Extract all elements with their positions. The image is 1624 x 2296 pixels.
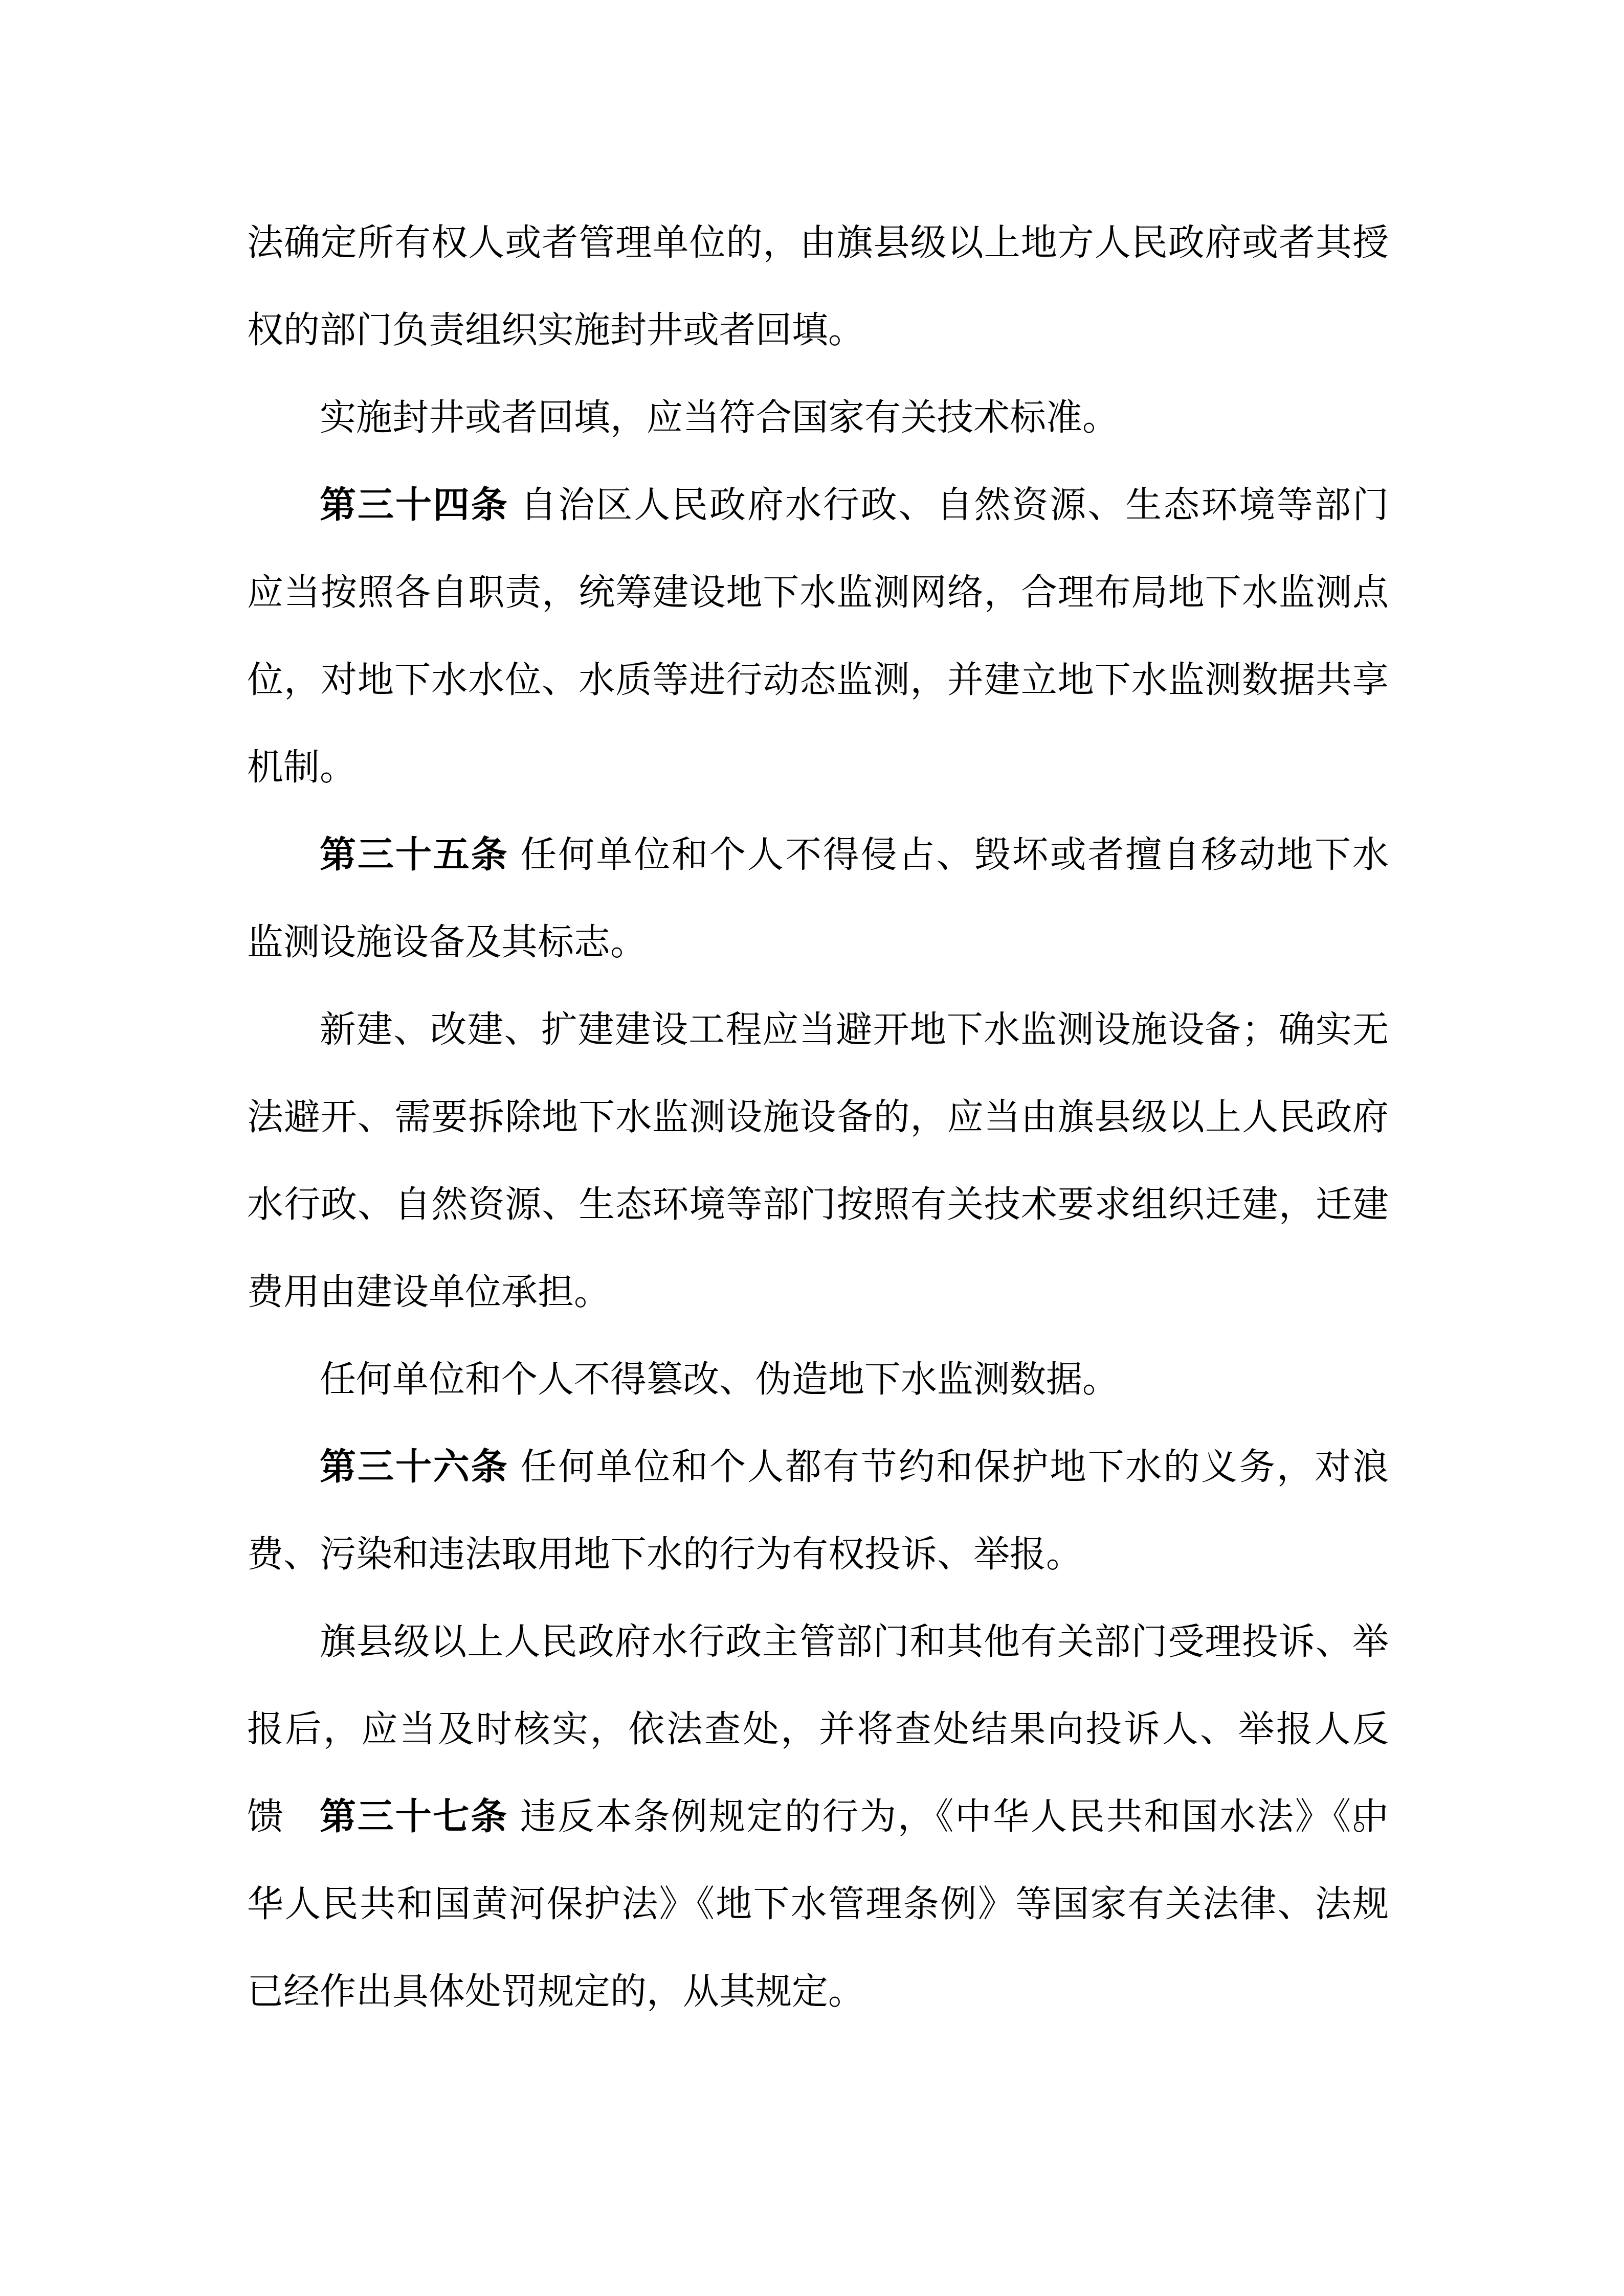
text-line: 监测设施设备及其标志。	[247, 898, 1389, 986]
line-text: 法避开、需要拆除地下水监测设施设备的，应当由旗县级以上人民政府	[247, 1097, 1389, 1137]
article-number: 第三十四条	[320, 485, 509, 525]
line-text: 费用由建设单位承担。	[247, 1272, 610, 1312]
text-line-article-34: 第三十四条 自治区人民政府水行政、自然资源、生态环境等部门	[247, 461, 1389, 549]
text-line: 实施封井或者回填，应当符合国家有关技术标准。	[247, 374, 1389, 461]
text-line-article-37: 第三十七条 违反本条例规定的行为，《中华人民共和国水法》《中	[247, 1773, 1389, 1860]
article-number: 第三十五条	[320, 835, 509, 875]
document-page: 法确定所有权人或者管理单位的，由旗县级以上地方人民政府或者其授 权的部门负责组织…	[0, 0, 1624, 2296]
line-text: 已经作出具体处罚规定的，从其规定。	[247, 1971, 864, 2012]
line-text: 新建、改建、扩建建设工程应当避开地下水监测设施设备；确实无	[320, 1009, 1389, 1050]
line-text: 费、污染和违法取用地下水的行为有权投诉、举报。	[247, 1534, 1082, 1574]
article-number: 第三十六条	[320, 1447, 509, 1487]
text-line: 权的部门负责组织实施封井或者回填。	[247, 286, 1389, 374]
text-line: 旗县级以上人民政府水行政主管部门和其他有关部门受理投诉、举	[247, 1598, 1389, 1685]
text-line: 水行政、自然资源、生态环境等部门按照有关技术要求组织迁建，迁建	[247, 1161, 1389, 1248]
article-number: 第三十七条	[320, 1796, 508, 1837]
line-text: 华人民共和国黄河保护法》《地下水管理条例》等国家有关法律、法规	[247, 1884, 1389, 1924]
line-text: 位，对地下水水位、水质等进行动态监测，并建立地下水监测数据共享	[247, 660, 1389, 700]
line-text: 实施封井或者回填，应当符合国家有关技术标准。	[320, 397, 1119, 438]
text-line: 机制。	[247, 724, 1389, 811]
text-line: 法确定所有权人或者管理单位的，由旗县级以上地方人民政府或者其授	[247, 199, 1389, 286]
line-text: 自治区人民政府水行政、自然资源、生态环境等部门	[509, 485, 1389, 525]
text-line: 华人民共和国黄河保护法》《地下水管理条例》等国家有关法律、法规	[247, 1860, 1389, 1948]
text-line-article-35: 第三十五条 任何单位和个人不得侵占、毁坏或者擅自移动地下水	[247, 811, 1389, 898]
line-text: 任何单位和个人都有节约和保护地下水的义务，对浪	[509, 1447, 1389, 1487]
text-line: 应当按照各自职责，统筹建设地下水监测网络，合理布局地下水监测点	[247, 549, 1389, 636]
line-text: 监测设施设备及其标志。	[247, 922, 647, 962]
line-text: 违反本条例规定的行为，《中华人民共和国水法》《中	[508, 1796, 1389, 1837]
text-line: 任何单位和个人不得篡改、伪造地下水监测数据。	[247, 1336, 1389, 1423]
line-text: 水行政、自然资源、生态环境等部门按照有关技术要求组织迁建，迁建	[247, 1184, 1389, 1225]
text-line: 已经作出具体处罚规定的，从其规定。	[247, 1948, 1389, 2035]
line-text: 权的部门负责组织实施封井或者回填。	[247, 310, 864, 350]
text-line: 费、污染和违法取用地下水的行为有权投诉、举报。	[247, 1511, 1389, 1598]
text-line: 位，对地下水水位、水质等进行动态监测，并建立地下水监测数据共享	[247, 636, 1389, 724]
line-text: 旗县级以上人民政府水行政主管部门和其他有关部门受理投诉、举	[320, 1622, 1389, 1662]
text-line-article-36: 第三十六条 任何单位和个人都有节约和保护地下水的义务，对浪	[247, 1423, 1389, 1511]
line-text: 任何单位和个人不得侵占、毁坏或者擅自移动地下水	[509, 835, 1389, 875]
line-text: 机制。	[247, 747, 356, 787]
legal-text-block: 法确定所有权人或者管理单位的，由旗县级以上地方人民政府或者其授 权的部门负责组织…	[247, 199, 1389, 2035]
line-text: 法确定所有权人或者管理单位的，由旗县级以上地方人民政府或者其授	[247, 222, 1389, 263]
line-text: 应当按照各自职责，统筹建设地下水监测网络，合理布局地下水监测点	[247, 572, 1389, 613]
text-line: 费用由建设单位承担。	[247, 1248, 1389, 1336]
text-line: 报后，应当及时核实，依法查处，并将查处结果向投诉人、举报人反馈。	[247, 1685, 1389, 1773]
line-text: 任何单位和个人不得篡改、伪造地下水监测数据。	[320, 1359, 1119, 1400]
text-line: 法避开、需要拆除地下水监测设施设备的，应当由旗县级以上人民政府	[247, 1073, 1389, 1161]
text-line: 新建、改建、扩建建设工程应当避开地下水监测设施设备；确实无	[247, 986, 1389, 1073]
